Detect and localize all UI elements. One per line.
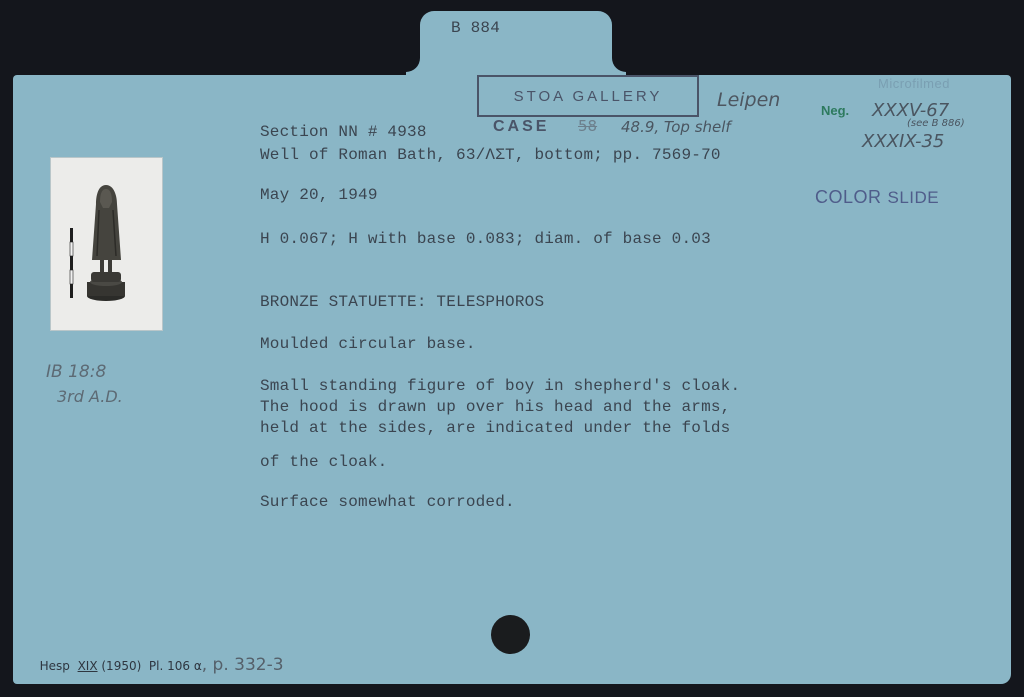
side-note-line-1: IB 18:8 [46, 362, 106, 382]
neg-stamp: Neg. [821, 103, 849, 118]
inventory-number: B 884 [451, 19, 500, 37]
neg-number-2: XXXIX-35 [862, 131, 944, 152]
reference-prefix: Hesp [40, 659, 70, 673]
section-line: Section NN # 4938 [260, 123, 427, 141]
gallery-stamp: STOA GALLERY [477, 75, 699, 117]
date-line: May 20, 1949 [260, 186, 378, 204]
punch-hole [491, 615, 530, 654]
case-old-value: 58 [578, 117, 597, 135]
case-new-value: 48.9, Top shelf [621, 118, 731, 136]
reference-volume: XIX [78, 659, 98, 673]
description-line-3: held at the sides, are indicated under t… [260, 419, 730, 437]
tab-fillet-right [610, 58, 626, 76]
tab-fillet-left [406, 58, 422, 76]
base-description: Moulded circular base. [260, 335, 476, 353]
color-slide-stamp: COLORSLIDE [815, 187, 939, 208]
dimensions-line: H 0.067; H with base 0.083; diam. of bas… [260, 230, 711, 248]
side-note-line-2: 3rd A.D. [57, 387, 123, 406]
color-slide-word2: SLIDE [888, 188, 940, 207]
publication-reference: Hesp XIX (1950) Pl. 106 α, p. 332-3 [32, 641, 284, 675]
provenance-line: Well of Roman Bath, 63/ΛΣΤ, bottom; pp. … [260, 146, 721, 164]
reference-rest: (1950) Pl. 106 α [101, 659, 201, 673]
color-slide-word1: COLOR [815, 187, 882, 207]
microfilmed-stamp: Microfilmed [878, 76, 950, 91]
description-line-4: of the cloak. [260, 453, 387, 471]
statuette-figure-icon [51, 158, 162, 330]
description-line-1: Small standing figure of boy in shepherd… [260, 377, 740, 395]
card-index-tab [420, 11, 612, 81]
handwritten-name: Leipen [717, 89, 780, 111]
object-title: BRONZE STATUETTE: TELESPHOROS [260, 293, 544, 311]
neg-note: (see B 886) [907, 118, 965, 129]
reference-pages: , p. 332-3 [202, 655, 284, 675]
description-line-2: The hood is drawn up over his head and t… [260, 398, 730, 416]
gallery-stamp-text: STOA GALLERY [514, 88, 663, 105]
case-stamp: CASE [493, 118, 549, 136]
statuette-photo [51, 158, 162, 330]
condition-line: Surface somewhat corroded. [260, 493, 515, 511]
scale-bar-icon [70, 228, 73, 298]
